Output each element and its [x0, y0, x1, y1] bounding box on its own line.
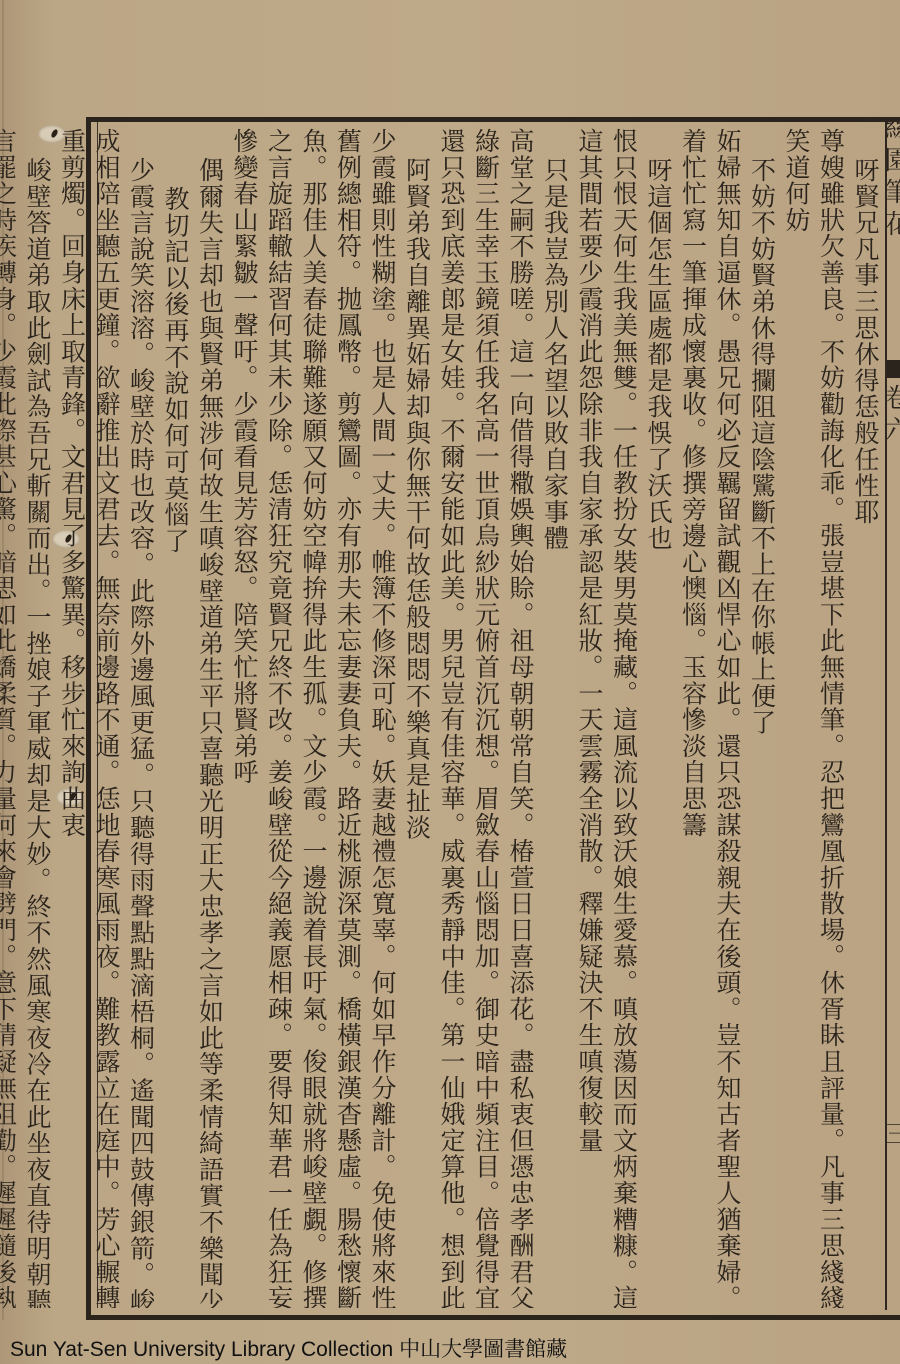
text-column: 尊嫂雖狀欠善良。不妨勸誨化乖。張豈堪下此無情筆。忍把鸞凰折散場。休胥眛且評量。凡…: [813, 128, 848, 1308]
text-column: 成相陪坐聽五更鐘。欲辭推出文君去。無奈前邊路不通。恁地春寒風雨夜。難教露立在庭中…: [89, 128, 124, 1308]
text-column: 還只恐到底姜郎是女娃。不爾安能如此美。男兒豈有佳容華。威裏秀靜中佳。第一仙娥定算…: [434, 128, 469, 1308]
text-column: 着忙忙寫一筆揮成懷裏收。修撰旁邊心懊惱。玉容慘淡自思籌: [675, 128, 710, 1308]
text-column: 笑道何妨: [779, 128, 814, 1308]
text-column: 魚。那佳人美春徒聯難遂願又何妨空幃拚得此生孤。文少霞。一邊說着長吁氣。俊眼就將峻…: [296, 128, 331, 1308]
text-column: 偶爾失言却也與賢弟無涉何故生嗔峻壁道弟生平只喜聽光明正大忠孝之言如此等柔情綺語實…: [192, 128, 227, 1308]
text-body: 呀賢兄凡事三思休得恁般任性耶尊嫂雖狀欠善良。不妨勸誨化乖。張豈堪下此無情筆。忍把…: [100, 128, 882, 1308]
page-number: 十三: [887, 1120, 900, 1180]
text-column: 峻壁答道弟取此劍試為吾兄斬關而出。一挫娘子軍威却是大妙。終不然風寒夜冷在此坐夜直…: [20, 128, 55, 1308]
text-column: 呀賢兄凡事三思休得恁般任性耶: [848, 128, 883, 1308]
text-column: 妬婦無知自逼休。愚兄何必反羈留試觀凶悍心如此。還只恐謀殺親夫在後頭。豈不知古者聖…: [710, 128, 745, 1308]
text-column: 少霞言說笑溶溶。峻壁於時也改容。此際外邊風更猛。只聽得雨聲點點滴梧桐。遙聞四鼓傳…: [123, 128, 158, 1308]
library-caption: Sun Yat-Sen University Library Collectio…: [10, 1333, 567, 1363]
juan-label: 卷六: [887, 384, 900, 448]
text-column: 舊例總相符。抛鳳幣。剪鸞圖。亦有那夫未忘妻妻負夫。路近桃源深莫測。橋橫銀漢杳懸虛…: [330, 128, 365, 1308]
page-number-strip: 十三: [887, 1120, 900, 1180]
text-column: 綠斷三生幸玉鏡須任我名高一世頂烏紗狀元俯首沉沉想。眉斂春山惱悶加。御史暗中頻注目…: [468, 128, 503, 1308]
text-column: 不妨不妨賢弟休得攔阻這陰騭斷不上在你帳上便了: [744, 128, 779, 1308]
book-title: 絲園筆花: [887, 122, 900, 242]
text-column: 這其間若要少霞消此怨除非我自家承認是紅妝。一天雲霧全消散。釋嫌疑決不生嗔復較量: [572, 128, 607, 1308]
text-column: 高堂之嗣不勝嗟。這一向借得糤娛輿始賒。祖母朝朝常自笑。椿萱日日喜添花。盡私衷但憑…: [503, 128, 538, 1308]
text-column: 言罷之時疾轉身。少霞此際甚心驚。暗思如此嬌柔質。力量何來會劈門。意下猜疑無阻勸。…: [0, 128, 20, 1308]
text-column: 恨只恨天何生我美無雙。一任教扮女裝男莫掩藏。這風流以致沃娘生愛慕。嗔放蕩因而文炳…: [606, 128, 641, 1308]
text-column: 重剪燭。回身床上取青鋒。文君見了多驚異。移步忙來詢曲衷: [54, 128, 89, 1308]
text-column: 阿賢弟我自離異妬婦却與你無干何故恁般悶悶不樂真是扯淡: [399, 128, 434, 1308]
text-column: 呀這個怎生區處都是我悞了沃氏也: [641, 128, 676, 1308]
text-column: 慘變春山緊皺一聲吁。少霞看見芳容怒。陪笑忙將賢弟呼: [227, 128, 262, 1308]
text-column: 少霞雖則性糊塗。也是人間一丈夫。帷簿不修深可恥。妖妻越禮怎寬辜。何如早作分離計。…: [365, 128, 400, 1308]
fishtail-mark: [887, 360, 900, 378]
text-column: 只是我豈為別人名望以敗自家事體: [537, 128, 572, 1308]
scanned-page: 絲園筆花 卷六 十三 呀賢兄凡事三思休得恁般任性耶尊嫂雖狀欠善良。不妨勸誨化乖。…: [0, 0, 900, 1364]
text-column: 教切記以後再不說如何可莫惱了: [158, 128, 193, 1308]
text-column: 之言旋蹈轍結習何其未少除。恁清狂究竟賢兄終不改。姜峻壁從今絕義愿相疎。要得知華君…: [261, 128, 296, 1308]
